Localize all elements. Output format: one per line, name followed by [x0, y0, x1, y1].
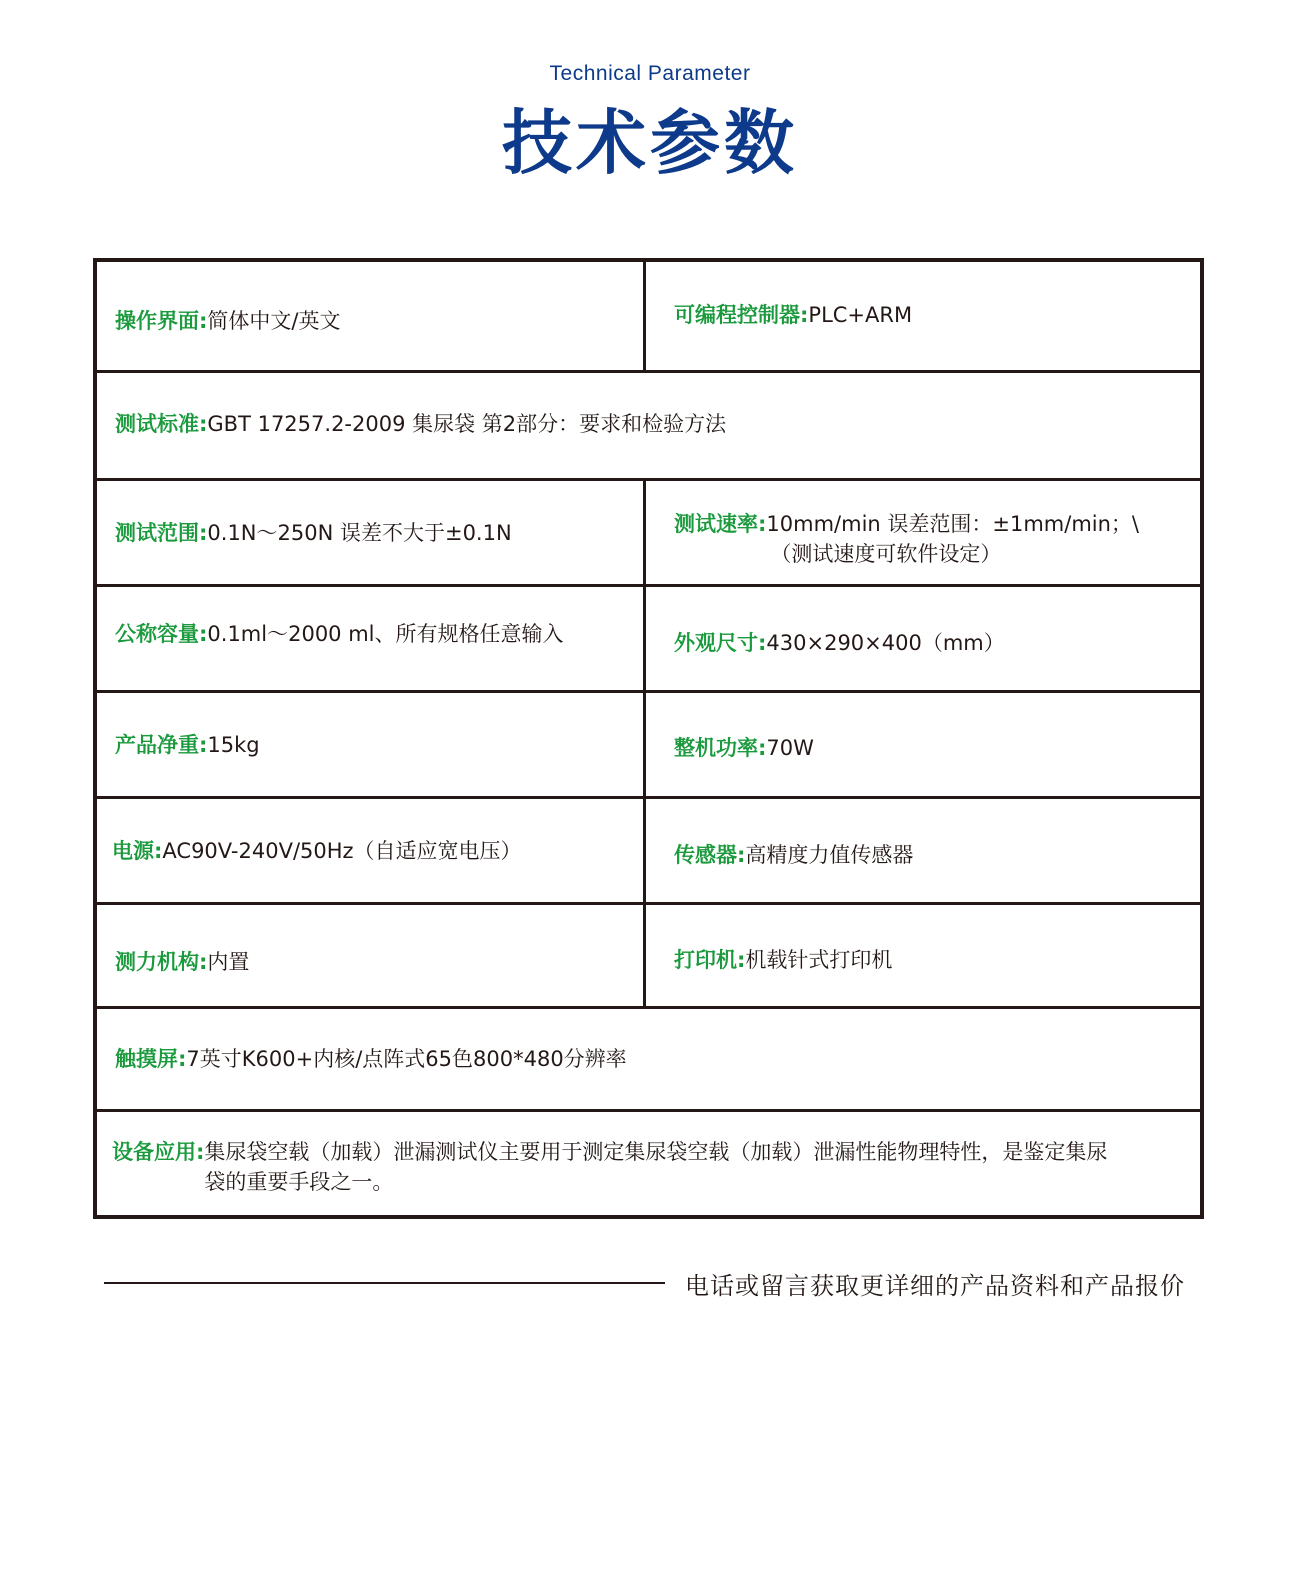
spec-label: 测力机构:: [115, 947, 207, 977]
spec-label: 传感器:: [674, 840, 745, 870]
spec-label: 触摸屏:: [115, 1044, 186, 1074]
footer-divider: [104, 1282, 665, 1284]
spec-touchscreen: 触摸屏: 7英寸K600+内核/点阵式65色800*480分辨率: [97, 1009, 1200, 1109]
spec-value-line1: 10mm/min 误差范围：±1mm/min；\: [766, 509, 1139, 539]
spec-label: 操作界面:: [115, 306, 207, 336]
spec-power-supply: 电源: AC90V-240V/50Hz（自适应宽电压）: [97, 799, 646, 902]
spec-label: 测试范围:: [115, 518, 207, 548]
spec-value: PLC+ARM: [808, 300, 912, 330]
spec-test-standard: 测试标准: GBT 17257.2-2009 集尿袋 第2部分：要求和检验方法: [97, 373, 1200, 478]
spec-label: 外观尺寸:: [674, 628, 766, 658]
table-row: 设备应用: 集尿袋空载（加载）泄漏测试仪主要用于测定集尿袋空载（加载）泄漏性能物…: [97, 1112, 1200, 1215]
spec-programmable-controller: 可编程控制器: PLC+ARM: [646, 262, 1200, 370]
spec-value-line2: 袋的重要手段之一。: [204, 1167, 1107, 1197]
spec-power: 整机功率: 70W: [646, 693, 1200, 796]
spec-dimensions: 外观尺寸: 430×290×400（mm）: [646, 587, 1200, 690]
spec-force-mechanism: 测力机构: 内置: [97, 905, 646, 1006]
table-row: 测试范围: 0.1N～250N 误差不大于±0.1N 测试速率: 10mm/mi…: [97, 481, 1200, 587]
table-row: 产品净重: 15kg 整机功率: 70W: [97, 693, 1200, 799]
spec-value: 0.1N～250N 误差不大于±0.1N: [207, 518, 511, 548]
table-row: 公称容量: 0.1ml～2000 ml、所有规格任意输入 外观尺寸: 430×2…: [97, 587, 1200, 693]
spec-label: 测试速率:: [674, 509, 766, 539]
spec-test-range: 测试范围: 0.1N～250N 误差不大于±0.1N: [97, 481, 646, 584]
table-row: 操作界面: 简体中文/英文 可编程控制器: PLC+ARM: [97, 262, 1200, 373]
spec-application: 设备应用: 集尿袋空载（加载）泄漏测试仪主要用于测定集尿袋空载（加载）泄漏性能物…: [97, 1112, 1200, 1215]
table-row: 测试标准: GBT 17257.2-2009 集尿袋 第2部分：要求和检验方法: [97, 373, 1200, 481]
spec-label: 公称容量:: [115, 619, 207, 649]
table-row: 测力机构: 内置 打印机: 机载针式打印机: [97, 905, 1200, 1009]
spec-value: 15kg: [207, 730, 259, 760]
spec-value: 7英寸K600+内核/点阵式65色800*480分辨率: [186, 1044, 626, 1074]
footer-contact-text: 电话或留言获取更详细的产品资料和产品报价: [685, 1266, 1185, 1301]
spec-value: 简体中文/英文: [207, 306, 340, 336]
spec-value: 机载针式打印机: [745, 945, 892, 975]
spec-operation-interface: 操作界面: 简体中文/英文: [97, 262, 646, 370]
page-subtitle: Technical Parameter: [0, 62, 1300, 86]
spec-printer: 打印机: 机载针式打印机: [646, 905, 1200, 1006]
spec-label: 打印机:: [674, 945, 745, 975]
table-row: 触摸屏: 7英寸K600+内核/点阵式65色800*480分辨率: [97, 1009, 1200, 1112]
spec-value: 0.1ml～2000 ml、所有规格任意输入: [207, 619, 563, 649]
spec-table: 操作界面: 简体中文/英文 可编程控制器: PLC+ARM 测试标准: GBT …: [93, 258, 1204, 1219]
spec-value: AC90V-240V/50Hz（自适应宽电压）: [162, 836, 521, 866]
spec-label: 产品净重:: [115, 730, 207, 760]
spec-net-weight: 产品净重: 15kg: [97, 693, 646, 796]
spec-value: GBT 17257.2-2009 集尿袋 第2部分：要求和检验方法: [207, 409, 726, 439]
spec-value: 70W: [766, 733, 814, 763]
page-title: 技术参数: [0, 98, 1300, 188]
spec-value-line2: （测试速度可软件设定）: [766, 539, 1139, 569]
spec-value-line1: 集尿袋空载（加载）泄漏测试仪主要用于测定集尿袋空载（加载）泄漏性能物理特性，是鉴…: [204, 1137, 1107, 1167]
spec-label: 整机功率:: [674, 733, 766, 763]
spec-label: 电源:: [112, 836, 162, 866]
spec-value: 430×290×400（mm）: [766, 628, 1004, 658]
spec-sensor: 传感器: 高精度力值传感器: [646, 799, 1200, 902]
table-row: 电源: AC90V-240V/50Hz（自适应宽电压） 传感器: 高精度力值传感…: [97, 799, 1200, 905]
spec-value: 内置: [207, 947, 249, 977]
spec-value: 高精度力值传感器: [745, 840, 913, 870]
spec-label: 可编程控制器:: [674, 300, 808, 330]
spec-nominal-capacity: 公称容量: 0.1ml～2000 ml、所有规格任意输入: [97, 587, 646, 690]
spec-label: 测试标准:: [115, 409, 207, 439]
spec-label: 设备应用:: [112, 1137, 204, 1167]
spec-test-speed: 测试速率: 10mm/min 误差范围：±1mm/min；\ （测试速度可软件设…: [646, 481, 1200, 584]
